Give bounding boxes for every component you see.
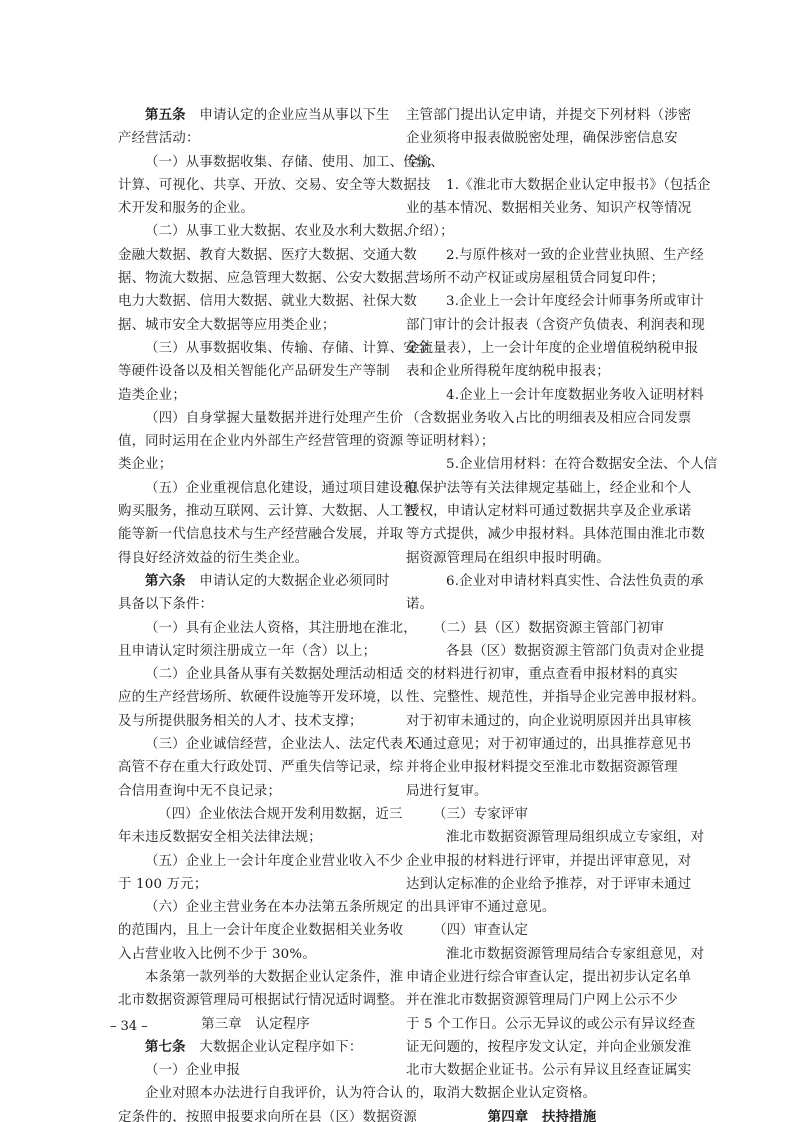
text-line: 并在淮北市数据资源管理局门户网上公示不少	[406, 989, 678, 1012]
line-text: 的范围内，且上一会计年度企业数据相关业务收	[118, 923, 403, 938]
line-text: 北市数据资源管理局可根据试行情况适时调整。	[118, 993, 403, 1008]
line-text: 授权，申请认定材料可通过数据共享及企业承诺	[406, 504, 691, 519]
text-line: 得良好经济效益的衍生类企业。	[118, 547, 393, 570]
page-number: – 34 –	[110, 1019, 148, 1034]
text-line: 产经营活动：	[118, 127, 393, 150]
text-line: 的范围内，且上一会计年度企业数据相关业务收	[118, 919, 393, 942]
line-text: （六）企业主营业务在本办法第五条所规定	[145, 900, 403, 915]
text-line: 北市大数据企业证书。公示有异议且经查证属实	[406, 1059, 678, 1082]
line-text: 不通过意见；对于初审通过的，出具推荐意见书	[406, 737, 691, 752]
text-line: 不通过意见；对于初审通过的，出具推荐意见书	[406, 733, 678, 756]
document-page: 第五条 申请认定的企业应当从事以下生产经营活动：（一）从事数据收集、存储、使用、…	[0, 0, 793, 1122]
text-line: （六）企业主营业务在本办法第五条所规定	[118, 896, 393, 919]
line-text: （五）企业重视信息化建设，通过项目建设和	[145, 481, 417, 496]
text-line: （四）审查认定	[406, 919, 678, 942]
line-text: （二）县（区）数据资源主管部门初审	[433, 621, 664, 636]
chapter-heading-text: 第三章 认定程序	[201, 1017, 310, 1032]
line-text: 局进行复审。	[406, 784, 488, 799]
text-line: （一）企业申报	[118, 1059, 393, 1082]
line-text: 主管部门提出认定申请，并提交下列材料（涉密	[406, 108, 691, 123]
text-line: 5.企业信用材料：在符合数据安全法、个人信	[406, 453, 678, 476]
text-line: 据资源管理局在组织申报时明确。	[406, 547, 678, 570]
line-text: 入占营业收入比例不少于 30%。	[118, 947, 316, 962]
text-line: 能等新一代信息技术与生产经营融合发展，并取	[118, 523, 393, 546]
text-line: 局进行复审。	[406, 780, 678, 803]
line-text: （二）从事工业大数据、农业及水利大数据、	[145, 224, 417, 239]
text-line: 金融大数据、教育大数据、医疗大数据、交通大数	[118, 244, 393, 267]
line-text: 1.《淮北市大数据企业认定申报书》（包括企	[446, 178, 711, 193]
text-line: （二）企业具备从事有关数据处理活动相适	[118, 663, 393, 686]
line-text: （一）具有企业法人资格，其注册地在淮北，	[145, 621, 417, 636]
text-line: 介绍）；	[406, 220, 678, 243]
line-text: 申请企业进行综合审查认定，提出初步认定名单	[406, 970, 691, 985]
line-text: 5.企业信用材料：在符合数据安全法、个人信	[446, 457, 717, 472]
line-text: （四）自身掌握大量数据并进行处理产生价	[145, 411, 403, 426]
line-text: 大数据企业认定程序如下：	[186, 1040, 363, 1055]
text-line: （四）自身掌握大量数据并进行处理产生价	[118, 407, 393, 430]
text-line: （一）从事数据收集、存储、使用、加工、传输、	[118, 151, 393, 174]
text-line: 金流量表），上一会计年度的企业增值税纳税申报	[406, 337, 678, 360]
line-text: （三）专家评审	[433, 807, 528, 822]
line-text: 产经营活动：	[118, 131, 200, 146]
text-line: （一）具有企业法人资格，其注册地在淮北，	[118, 617, 393, 640]
line-text: 电力大数据、信用大数据、就业大数据、社保大数	[118, 294, 417, 309]
line-text: 交的材料进行初审，重点查看申报材料的真实	[406, 667, 678, 682]
text-line: 证无问题的，按程序发文认定，并向企业颁发淮	[406, 1036, 678, 1059]
line-text: 诺。	[406, 597, 433, 612]
text-line: 第五条 申请认定的企业应当从事以下生	[118, 104, 393, 127]
line-text: 表和企业所得税年度纳税申报表；	[406, 364, 610, 379]
line-text: 年未违反数据安全相关法律法规；	[118, 830, 322, 845]
line-text: 业的基本情况、数据相关业务、知识产权等情况	[406, 201, 691, 216]
line-text: 息保护法等有关法律规定基础上，经企业和个人	[406, 481, 691, 496]
line-text: （一）企业申报	[145, 1063, 240, 1078]
line-text: 具备以下条件：	[118, 597, 213, 612]
text-line: 电力大数据、信用大数据、就业大数据、社保大数	[118, 290, 393, 313]
line-text: 全）；	[406, 155, 440, 170]
line-text: （四）审查认定	[433, 923, 528, 938]
line-text: 企业申报的材料进行评审，并提出评审意见，对	[406, 854, 691, 869]
line-text: 企业对照本办法进行自我评价，认为符合认	[145, 1086, 403, 1101]
line-text: 据、城市安全大数据等应用类企业；	[118, 318, 335, 333]
line-text: 的，取消大数据企业认定资格。	[406, 1086, 596, 1101]
text-line: 4.企业上一会计年度数据业务收入证明材料	[406, 384, 678, 407]
text-line: 具备以下条件：	[118, 593, 393, 616]
text-line: 并将企业申报材料提交至淮北市数据资源管理	[406, 756, 678, 779]
line-text: 合信用查询中无不良记录；	[118, 784, 281, 799]
line-text: 且申请认定时须注册成立一年（含）以上；	[118, 644, 376, 659]
text-line: 的，取消大数据企业认定资格。	[406, 1082, 678, 1105]
chapter-heading-text: 第四章 扶持措施	[488, 1110, 597, 1122]
line-text: 并在淮北市数据资源管理局门户网上公示不少	[406, 993, 678, 1008]
line-text: 北市大数据企业证书。公示有异议且经查证属实	[406, 1063, 691, 1078]
text-line: 等硬件设备以及相关智能化产品研发生产等制	[118, 360, 393, 383]
line-text: 4.企业上一会计年度数据业务收入证明材料	[446, 388, 704, 403]
text-line: 年未违反数据安全相关法律法规；	[118, 826, 393, 849]
text-line: 交的材料进行初审，重点查看申报材料的真实	[406, 663, 678, 686]
text-line: 且申请认定时须注册成立一年（含）以上；	[118, 640, 393, 663]
text-line: 1.《淮北市大数据企业认定申报书》（包括企	[406, 174, 678, 197]
line-text: 介绍）；	[406, 224, 454, 239]
line-text: （三）企业诚信经营，企业法人、法定代表人、	[145, 737, 430, 752]
line-text: 达到认定标准的企业给予推荐，对于评审未通过	[406, 877, 691, 892]
line-text: 部门审计的会计报表（含资产负债表、利润表和现	[406, 318, 705, 333]
line-text: 造类企业；	[118, 388, 186, 403]
text-line: （含数据业务收入占比的明细表及相应合同发票	[406, 407, 678, 430]
text-line: 购买服务，推动互联网、云计算、大数据、人工智	[118, 500, 393, 523]
line-text: 金流量表），上一会计年度的企业增值税纳税申报	[406, 341, 698, 356]
text-line: 应的生产经营场所、软硬件设施等开发环境，以	[118, 686, 393, 709]
chapter-heading: 第三章 认定程序	[118, 1013, 393, 1036]
line-text: 金融大数据、教育大数据、医疗大数据、交通大数	[118, 248, 417, 263]
text-line: 诺。	[406, 593, 678, 616]
text-line: 第七条 大数据企业认定程序如下：	[118, 1036, 393, 1059]
text-line: 授权，申请认定材料可通过数据共享及企业承诺	[406, 500, 678, 523]
text-line: 计算、可视化、共享、开放、交易、安全等大数据技	[118, 174, 393, 197]
text-line: 企业须将申报表做脱密处理，确保涉密信息安	[406, 127, 678, 150]
text-line: 部门审计的会计报表（含资产负债表、利润表和现	[406, 314, 678, 337]
article-label: 第五条	[145, 108, 186, 123]
text-line: 合信用查询中无不良记录；	[118, 780, 393, 803]
text-line: 入占营业收入比例不少于 30%。	[118, 943, 393, 966]
text-line: （二）县（区）数据资源主管部门初审	[406, 617, 678, 640]
line-text: 于 100 万元；	[118, 877, 207, 892]
text-line: 6.企业对申请材料真实性、合法性负责的承	[406, 570, 678, 593]
line-text: （三）从事数据收集、传输、存储、计算、安全	[145, 341, 430, 356]
text-line: 类企业；	[118, 453, 393, 476]
text-line: 性、完整性、规范性，并指导企业完善申报材料。	[406, 686, 678, 709]
text-line: 表和企业所得税年度纳税申报表；	[406, 360, 678, 383]
text-line: 值，同时运用在企业内外部生产经营管理的资源	[118, 430, 393, 453]
text-line: 术开发和服务的企业。	[118, 197, 393, 220]
line-text: 淮北市数据资源管理局结合专家组意见，对	[446, 947, 704, 962]
chapter-heading: 第四章 扶持措施	[406, 1106, 678, 1122]
line-text: 各县（区）数据资源主管部门负责对企业提	[446, 644, 704, 659]
text-line: 息保护法等有关法律规定基础上，经企业和个人	[406, 477, 678, 500]
article-label: 第七条	[145, 1040, 186, 1055]
text-line: 淮北市数据资源管理局结合专家组意见，对	[406, 943, 678, 966]
line-text: 能等新一代信息技术与生产经营融合发展，并取	[118, 527, 403, 542]
line-text: （五）企业上一会计年度企业营业收入不少	[145, 854, 403, 869]
text-line: 及与所提供服务相关的人才、技术支撑；	[118, 710, 393, 733]
text-line: 业的基本情况、数据相关业务、知识产权等情况	[406, 197, 678, 220]
text-line: 达到认定标准的企业给予推荐，对于评审未通过	[406, 873, 678, 896]
line-text: 2.与原件核对一致的企业营业执照、生产经	[446, 248, 704, 263]
text-line: 造类企业；	[118, 384, 393, 407]
text-line: 主管部门提出认定申请，并提交下列材料（涉密	[406, 104, 678, 127]
article-label: 第六条	[145, 574, 186, 589]
text-line: （三）企业诚信经营，企业法人、法定代表人、	[118, 733, 393, 756]
text-line: （四）企业依法合规开发利用数据，近三	[118, 803, 393, 826]
line-text: 值，同时运用在企业内外部生产经营管理的资源	[118, 434, 403, 449]
text-line: 3.企业上一会计年度经会计师事务所或审计	[406, 290, 678, 313]
line-text: 定条件的，按照申报要求向所在县（区）数据资源	[118, 1110, 417, 1122]
text-line: 于 5 个工作日。公示无异议的或公示有异议经查	[406, 1013, 678, 1036]
text-line: （五）企业上一会计年度企业营业收入不少	[118, 850, 393, 873]
line-text: 及与所提供服务相关的人才、技术支撑；	[118, 714, 363, 729]
line-text: （二）企业具备从事有关数据处理活动相适	[145, 667, 403, 682]
text-line: 企业对照本办法进行自我评价，认为符合认	[118, 1082, 393, 1105]
text-line: 淮北市数据资源管理局组织成立专家组，对	[406, 826, 678, 849]
text-line: （五）企业重视信息化建设，通过项目建设和	[118, 477, 393, 500]
line-text: 3.企业上一会计年度经会计师事务所或审计	[446, 294, 704, 309]
text-line: 营场所不动产权证或房屋租赁合同复印件；	[406, 267, 678, 290]
line-text: 并将企业申报材料提交至淮北市数据资源管理	[406, 760, 678, 775]
line-text: 等方式提供，减少申报材料。具体范围由淮北市数	[406, 527, 705, 542]
line-text: 的出具评审不通过意见。	[406, 900, 556, 915]
text-line: 第六条 申请认定的大数据企业必须同时	[118, 570, 393, 593]
text-line: 等方式提供，减少申报材料。具体范围由淮北市数	[406, 523, 678, 546]
text-line: 高管不存在重大行政处罚、严重失信等记录，综	[118, 756, 393, 779]
text-line: 等证明材料）；	[406, 430, 678, 453]
line-text: 据资源管理局在组织申报时明确。	[406, 551, 610, 566]
text-line: 2.与原件核对一致的企业营业执照、生产经	[406, 244, 678, 267]
text-line: 定条件的，按照申报要求向所在县（区）数据资源	[118, 1106, 393, 1122]
line-text: 营场所不动产权证或房屋租赁合同复印件；	[406, 271, 664, 286]
text-line: 各县（区）数据资源主管部门负责对企业提	[406, 640, 678, 663]
line-text: 于 5 个工作日。公示无异议的或公示有异议经查	[406, 1017, 695, 1032]
line-text: 等硬件设备以及相关智能化产品研发生产等制	[118, 364, 390, 379]
line-text: 6.企业对申请材料真实性、合法性负责的承	[446, 574, 704, 589]
right-column: 主管部门提出认定申请，并提交下列材料（涉密企业须将申报表做脱密处理，确保涉密信息…	[406, 104, 678, 1122]
line-text: 购买服务，推动互联网、云计算、大数据、人工智	[118, 504, 417, 519]
text-line: 据、城市安全大数据等应用类企业；	[118, 314, 393, 337]
line-text: 企业须将申报表做脱密处理，确保涉密信息安	[406, 131, 678, 146]
line-text: 对于初审未通过的，向企业说明原因并出具审核	[406, 714, 691, 729]
text-line: 北市数据资源管理局可根据试行情况适时调整。	[118, 989, 393, 1012]
line-text: 计算、可视化、共享、开放、交易、安全等大数据技	[118, 178, 431, 193]
text-line: 对于初审未通过的，向企业说明原因并出具审核	[406, 710, 678, 733]
text-line: （三）从事数据收集、传输、存储、计算、安全	[118, 337, 393, 360]
line-text: 术开发和服务的企业。	[118, 201, 254, 216]
line-text: 证无问题的，按程序发文认定，并向企业颁发淮	[406, 1040, 691, 1055]
line-text: 得良好经济效益的衍生类企业。	[118, 551, 308, 566]
line-text: 据、物流大数据、应急管理大数据、公安大数据、	[118, 271, 417, 286]
line-text: 申请认定的大数据企业必须同时	[186, 574, 390, 589]
text-line: 据、物流大数据、应急管理大数据、公安大数据、	[118, 267, 393, 290]
line-text: 本条第一款列举的大数据企业认定条件，淮	[145, 970, 403, 985]
text-line: （二）从事工业大数据、农业及水利大数据、	[118, 220, 393, 243]
line-text: 等证明材料）；	[406, 434, 494, 449]
text-line: 于 100 万元；	[118, 873, 393, 896]
text-line: 申请企业进行综合审查认定，提出初步认定名单	[406, 966, 678, 989]
line-text: （一）从事数据收集、存储、使用、加工、传输、	[145, 155, 444, 170]
text-line: 企业申报的材料进行评审，并提出评审意见，对	[406, 850, 678, 873]
line-text: （四）企业依法合规开发利用数据，近三	[158, 807, 403, 822]
line-text: 类企业；	[118, 457, 172, 472]
text-line: （三）专家评审	[406, 803, 678, 826]
text-line: 本条第一款列举的大数据企业认定条件，淮	[118, 966, 393, 989]
line-text: （含数据业务收入占比的明细表及相应合同发票	[406, 411, 691, 426]
line-text: 淮北市数据资源管理局组织成立专家组，对	[446, 830, 704, 845]
line-text: 性、完整性、规范性，并指导企业完善申报材料。	[406, 690, 705, 705]
text-line: 的出具评审不通过意见。	[406, 896, 678, 919]
line-text: 应的生产经营场所、软硬件设施等开发环境，以	[118, 690, 403, 705]
text-line: 全）；	[406, 151, 678, 174]
line-text: 高管不存在重大行政处罚、严重失信等记录，综	[118, 760, 403, 775]
left-column: 第五条 申请认定的企业应当从事以下生产经营活动：（一）从事数据收集、存储、使用、…	[118, 104, 393, 1122]
line-text: 申请认定的企业应当从事以下生	[186, 108, 390, 123]
